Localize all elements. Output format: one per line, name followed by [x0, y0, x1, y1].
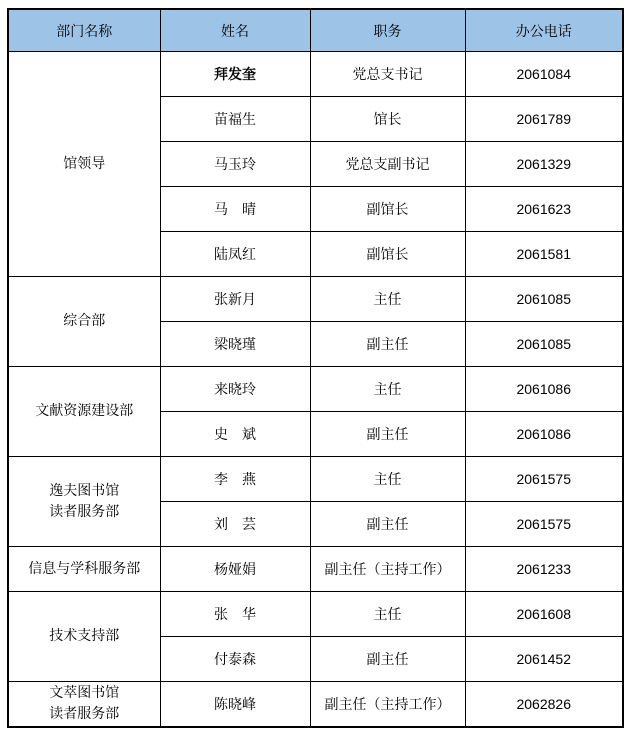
header-department: 部门名称 — [8, 9, 160, 52]
table-row: 馆领导拜发奎党总支书记2061084 — [8, 52, 623, 97]
contact-directory-table: 部门名称 姓名 职务 办公电话 馆领导拜发奎党总支书记2061084苗福生馆长2… — [7, 8, 624, 728]
page: 部门名称 姓名 职务 办公电话 馆领导拜发奎党总支书记2061084苗福生馆长2… — [0, 0, 630, 728]
office-phone-cell: 2062826 — [465, 682, 623, 728]
job-title-cell: 党总支副书记 — [310, 142, 465, 187]
office-phone-cell: 2061575 — [465, 457, 623, 502]
office-phone-cell: 2061789 — [465, 97, 623, 142]
office-phone-cell: 2061085 — [465, 277, 623, 322]
department-cell: 技术支持部 — [8, 592, 160, 682]
department-name: 逸夫图书馆 — [9, 481, 160, 502]
department-cell: 馆领导 — [8, 52, 160, 277]
person-name-cell: 苗福生 — [160, 97, 310, 142]
job-title-cell: 副馆长 — [310, 187, 465, 232]
office-phone-cell: 2061575 — [465, 502, 623, 547]
job-title-cell: 馆长 — [310, 97, 465, 142]
table-row: 文献资源建设部来晓玲主任2061086 — [8, 367, 623, 412]
office-phone-cell: 2061086 — [465, 412, 623, 457]
table-row: 技术支持部张 华主任2061608 — [8, 592, 623, 637]
person-name-cell: 拜发奎 — [160, 52, 310, 97]
office-phone-cell: 2061233 — [465, 547, 623, 592]
office-phone-cell: 2061581 — [465, 232, 623, 277]
job-title-cell: 副主任 — [310, 637, 465, 682]
job-title-cell: 主任 — [310, 457, 465, 502]
department-name: 读者服务部 — [9, 502, 160, 523]
department-name: 综合部 — [9, 311, 160, 332]
person-name-cell: 陆凤红 — [160, 232, 310, 277]
office-phone-cell: 2061623 — [465, 187, 623, 232]
department-name: 技术支持部 — [9, 626, 160, 647]
department-name: 馆领导 — [9, 154, 160, 175]
department-name: 文萃图书馆 — [9, 683, 160, 704]
job-title-cell: 副主任（主持工作） — [310, 547, 465, 592]
office-phone-cell: 2061085 — [465, 322, 623, 367]
office-phone-cell: 2061608 — [465, 592, 623, 637]
job-title-cell: 副主任 — [310, 502, 465, 547]
person-name-cell: 马玉玲 — [160, 142, 310, 187]
job-title-cell: 党总支书记 — [310, 52, 465, 97]
department-name: 文献资源建设部 — [9, 401, 160, 422]
office-phone-cell: 2061084 — [465, 52, 623, 97]
office-phone-cell: 2061086 — [465, 367, 623, 412]
table-row: 逸夫图书馆读者服务部李 燕主任2061575 — [8, 457, 623, 502]
person-name-cell: 张新月 — [160, 277, 310, 322]
job-title-cell: 副馆长 — [310, 232, 465, 277]
table-body: 馆领导拜发奎党总支书记2061084苗福生馆长2061789马玉玲党总支副书记2… — [8, 52, 623, 728]
job-title-cell: 副主任 — [310, 322, 465, 367]
person-name-cell: 刘 芸 — [160, 502, 310, 547]
table-row: 综合部张新月主任2061085 — [8, 277, 623, 322]
header-title: 职务 — [310, 9, 465, 52]
department-name: 读者服务部 — [9, 704, 160, 725]
department-cell: 文萃图书馆读者服务部 — [8, 682, 160, 728]
department-cell: 综合部 — [8, 277, 160, 367]
header-name: 姓名 — [160, 9, 310, 52]
person-name-cell: 付泰森 — [160, 637, 310, 682]
job-title-cell: 主任 — [310, 367, 465, 412]
table-row: 信息与学科服务部杨娅娟副主任（主持工作）2061233 — [8, 547, 623, 592]
person-name-cell: 梁晓瑾 — [160, 322, 310, 367]
person-name-cell: 李 燕 — [160, 457, 310, 502]
department-cell: 文献资源建设部 — [8, 367, 160, 457]
header-phone: 办公电话 — [465, 9, 623, 52]
job-title-cell: 主任 — [310, 277, 465, 322]
department-cell: 信息与学科服务部 — [8, 547, 160, 592]
person-name-cell: 来晓玲 — [160, 367, 310, 412]
office-phone-cell: 2061329 — [465, 142, 623, 187]
person-name-cell: 张 华 — [160, 592, 310, 637]
person-name-cell: 史 斌 — [160, 412, 310, 457]
person-name-cell: 马 晴 — [160, 187, 310, 232]
office-phone-cell: 2061452 — [465, 637, 623, 682]
table-header-row: 部门名称 姓名 职务 办公电话 — [8, 9, 623, 52]
table-row: 文萃图书馆读者服务部陈晓峰副主任（主持工作）2062826 — [8, 682, 623, 728]
department-name: 信息与学科服务部 — [9, 559, 160, 580]
department-cell: 逸夫图书馆读者服务部 — [8, 457, 160, 547]
person-name-cell: 陈晓峰 — [160, 682, 310, 728]
job-title-cell: 副主任（主持工作） — [310, 682, 465, 728]
job-title-cell: 主任 — [310, 592, 465, 637]
person-name-cell: 杨娅娟 — [160, 547, 310, 592]
job-title-cell: 副主任 — [310, 412, 465, 457]
